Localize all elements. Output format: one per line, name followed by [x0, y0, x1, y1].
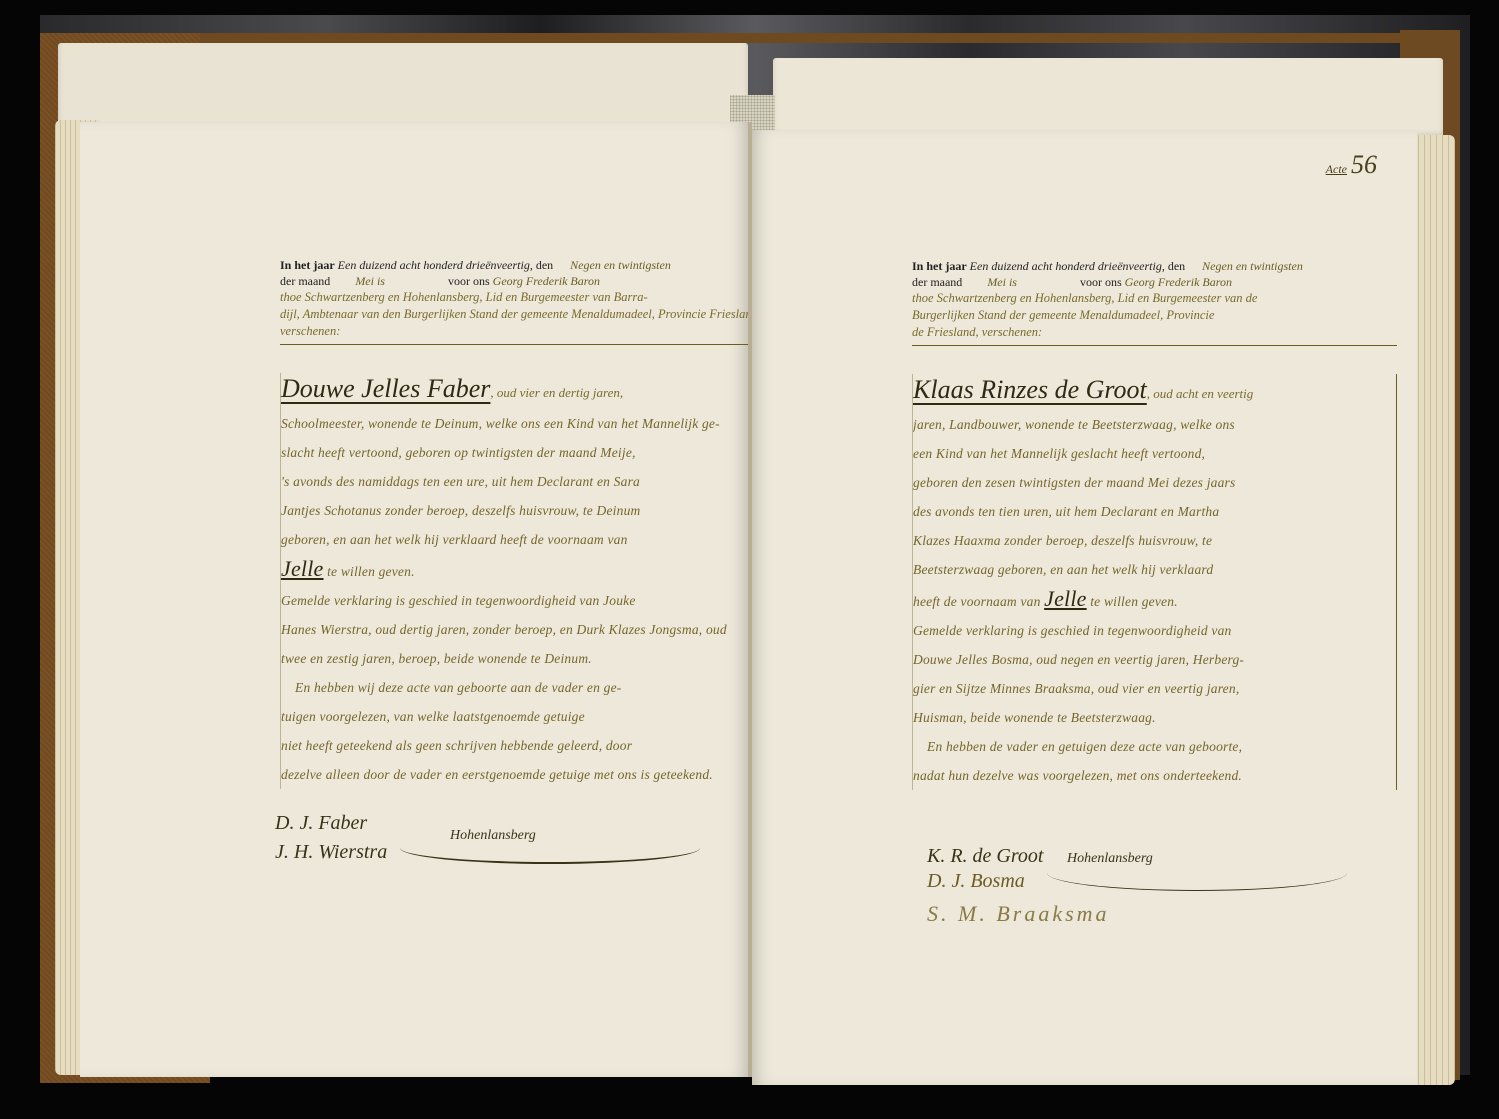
closing-line: niet heeft geteekend als geen schrijven …	[281, 731, 759, 760]
flyleaf-right	[773, 58, 1443, 138]
record-text: heeft de voornaam van	[913, 594, 1041, 609]
printed-text: der maand	[280, 274, 330, 288]
printed-text: voor ons	[1080, 275, 1122, 289]
handwritten-line: de Friesland, verschenen:	[912, 324, 1397, 341]
record-line: 's avonds des namiddags ten een ure, uit…	[281, 467, 759, 496]
handwritten-official: Georg Frederik Baron	[1125, 275, 1232, 289]
handwritten-line: Burgerlijken Stand der gemeente Menaldum…	[912, 307, 1397, 324]
witness-line: Gemelde verklaring is geschied in tegenw…	[281, 586, 759, 615]
record-text: te willen geven.	[1090, 594, 1178, 609]
flyleaf-left	[58, 43, 748, 133]
closing-line: dezelve alleen door de vader en eerstgen…	[281, 760, 759, 789]
witness-line: Gemelde verklaring is geschied in tegenw…	[913, 616, 1396, 645]
closing-line: En hebben wij deze acte van geboorte aan…	[281, 673, 759, 702]
signature-father: D. J. Faber	[275, 812, 387, 835]
record-line: Jantjes Schotanus zonder beroep, deszelf…	[281, 496, 759, 525]
left-page: In het jaar Een duizend acht honderd dri…	[80, 122, 748, 1077]
birth-record-left: In het jaar Een duizend acht honderd dri…	[280, 257, 760, 789]
preamble: In het jaar Een duizend acht honderd dri…	[912, 258, 1397, 346]
record-line: een Kind van het Mannelijk geslacht heef…	[913, 439, 1396, 468]
signature-witness: S. M. Braaksma	[927, 901, 1110, 927]
closing-line: tuigen voorgelezen, van welke laatstgeno…	[281, 702, 759, 731]
handwritten-line: thoe Schwartzenberg en Hohenlansberg, Li…	[912, 290, 1397, 307]
handwritten-day: Negen en twintigsten	[570, 258, 671, 272]
record-line: Beetsterzwaag geboren, en aan het welk h…	[913, 555, 1396, 584]
record-line: jaren, Landbouwer, wonende te Beetsterzw…	[913, 410, 1396, 439]
printed-text: In het jaar	[912, 259, 967, 273]
record-frame: Douwe Jelles Faber, oud vier en dertig j…	[280, 373, 760, 789]
right-page: Acte56 In het jaar Een duizend acht hond…	[752, 130, 1417, 1085]
record-line: slacht heeft vertoond, geboren op twinti…	[281, 438, 759, 467]
printed-text: , den	[530, 258, 553, 272]
declarant-name: Klaas Rinzes de Groot	[913, 375, 1147, 404]
signature-witness: J. H. Wierstra	[275, 841, 387, 864]
preamble: In het jaar Een duizend acht honderd dri…	[280, 257, 760, 345]
handwritten-month: Mei is	[987, 275, 1017, 289]
child-name: Jelle	[1044, 586, 1087, 611]
handwritten-line: dijl, Ambtenaar van den Burgerlijken Sta…	[280, 306, 760, 323]
record-text: te willen geven.	[327, 564, 415, 579]
signature-flourish	[400, 832, 700, 864]
signatures-right: K. R. de Groot D. J. Bosma S. M. Braaksm…	[927, 845, 1110, 927]
witness-line: Hanes Wierstra, oud dertig jaren, zonder…	[281, 615, 759, 644]
record-line: des avonds ten tien uren, uit hem Declar…	[913, 497, 1396, 526]
closing-line: En hebben de vader en getuigen deze acte…	[913, 732, 1396, 761]
record-frame: Klaas Rinzes de Groot, oud acht en veert…	[912, 374, 1397, 790]
handwritten-day: Negen en twintigsten	[1202, 259, 1303, 273]
handwritten-line: verschenen:	[280, 323, 760, 340]
printed-text: der maand	[912, 275, 962, 289]
printed-text: , den	[1162, 259, 1185, 273]
birth-record-right: In het jaar Een duizend acht honderd dri…	[912, 258, 1397, 790]
declarant-age: , oud acht en veertig	[1147, 386, 1254, 401]
book-cover-top-strip	[200, 33, 1420, 43]
record-line: geboren den zesen twintigsten der maand …	[913, 468, 1396, 497]
record-line: Klazes Haaxma zonder beroep, deszelfs hu…	[913, 526, 1396, 555]
witness-line: Huisman, beide wonende te Beetsterzwaag.	[913, 703, 1396, 732]
record-line: Schoolmeester, wonende te Deinum, welke …	[281, 409, 759, 438]
witness-line: gier en Sijtze Minnes Braaksma, oud vier…	[913, 674, 1396, 703]
handwritten-line: thoe Schwartzenberg en Hohenlansberg, Li…	[280, 289, 760, 306]
witness-line: twee en zestig jaren, beroep, beide wone…	[281, 644, 759, 673]
child-name: Jelle	[281, 556, 324, 581]
handwritten-month: Mei is	[355, 274, 385, 288]
handwritten-official: Georg Frederik Baron	[493, 274, 600, 288]
folio-value: 56	[1351, 150, 1377, 179]
printed-text: In het jaar	[280, 258, 335, 272]
declarant-name: Douwe Jelles Faber	[281, 374, 490, 403]
printed-text: voor ons	[448, 274, 490, 288]
closing-line: nadat hun dezelve was voorgelezen, met o…	[913, 761, 1396, 790]
printed-year: Een duizend acht honderd drieënveertig	[970, 259, 1162, 273]
folio-number: Acte56	[1326, 150, 1377, 180]
signature-flourish	[1047, 855, 1347, 891]
printed-year: Een duizend acht honderd drieënveertig	[338, 258, 530, 272]
signatures-left: D. J. Faber J. H. Wierstra Hohenlansberg	[275, 812, 387, 864]
record-line: geboren, en aan het welk hij verklaard h…	[281, 525, 759, 554]
declarant-age: , oud vier en dertig jaren,	[490, 385, 623, 400]
folio-prefix: Acte	[1326, 162, 1347, 176]
witness-line: Douwe Jelles Bosma, oud negen en veertig…	[913, 645, 1396, 674]
